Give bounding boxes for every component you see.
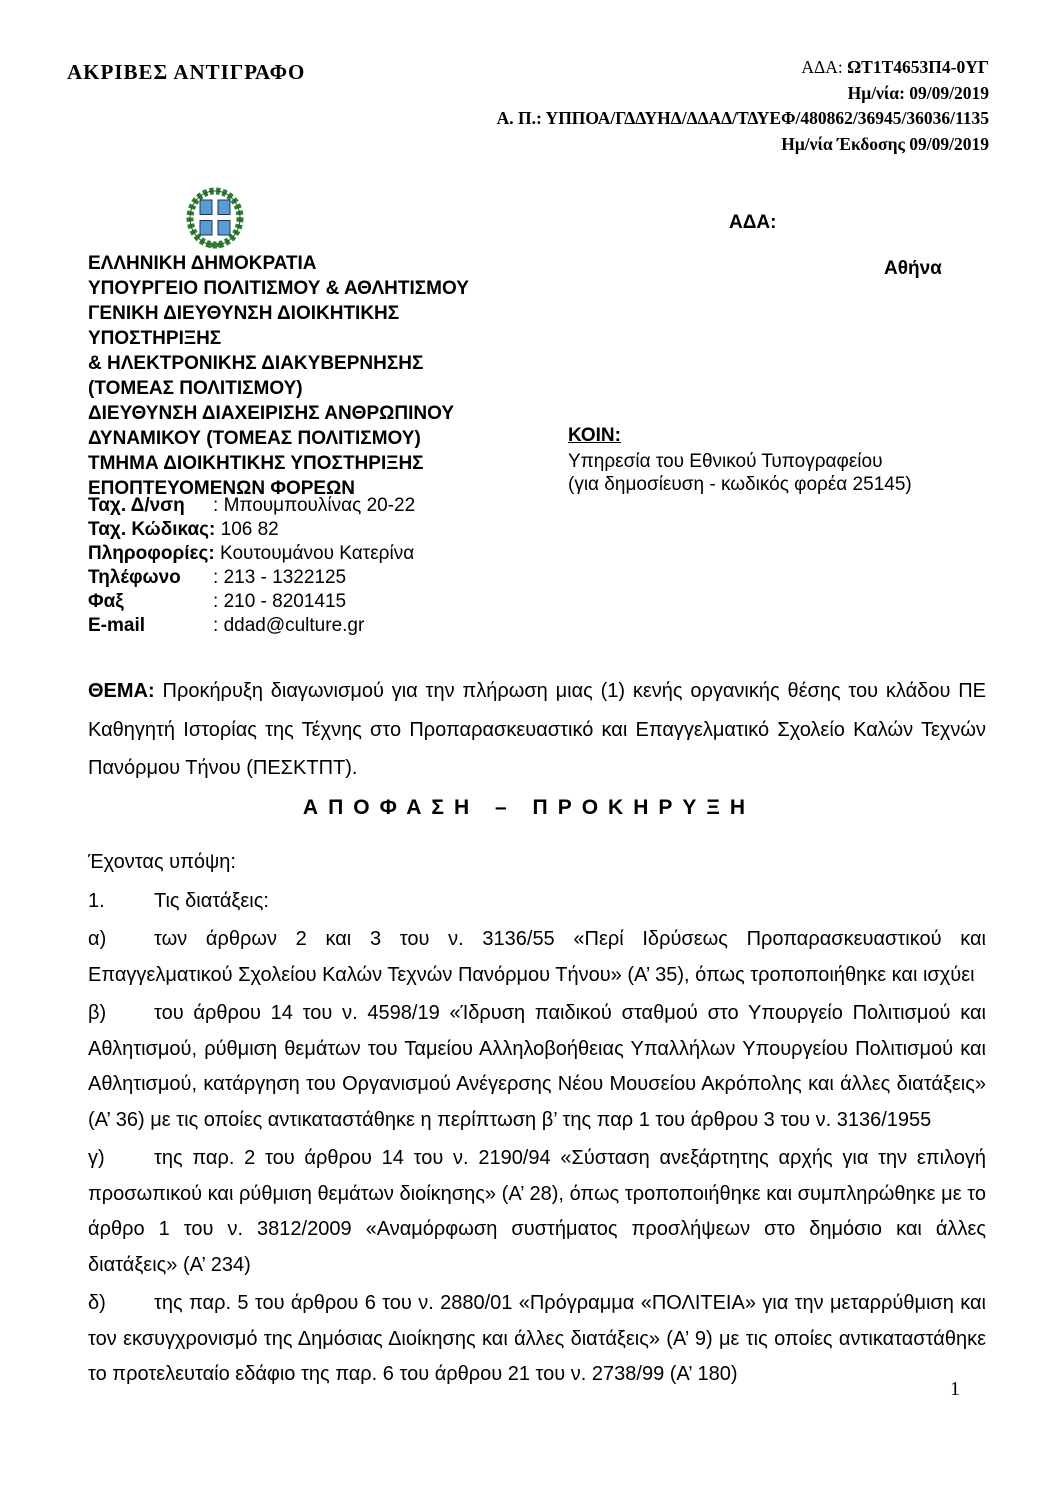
contact-separator: : <box>213 567 218 588</box>
item-label: 1. <box>88 884 154 920</box>
certified-copy-label: ΑΚΡΙΒΕΣ ΑΝΤΙΓΡΑΦΟ <box>67 60 305 85</box>
recipients-block: ΚΟΙΝ: Υπηρεσία του Εθνικού Τυπογραφείου … <box>568 424 912 497</box>
contact-value: Κουτουμάνου Κατερίνα <box>220 543 414 564</box>
city-label: Αθήνα <box>884 258 942 280</box>
ada-blank-label: ΑΔΑ: <box>729 212 776 234</box>
body-intro: Έχοντας υπόψη: <box>88 845 986 881</box>
recipient-line: (για δημοσίευση - κωδικός φορέα 25145) <box>568 473 912 497</box>
contact-separator: : <box>213 495 218 516</box>
contact-block: Ταχ. Δ/νση: Μπουμπουλίνας 20-22 Ταχ. Κώδ… <box>88 494 415 638</box>
contact-row-email: E-mail: ddad@culture.gr <box>88 614 415 638</box>
item-label: δ) <box>88 1286 154 1322</box>
letterhead-line: (ΤΟΜΕΑΣ ΠΟΛΙΤΙΣΜΟΥ) <box>88 376 548 401</box>
item-label: γ) <box>88 1141 154 1177</box>
document-page: ΑΚΡΙΒΕΣ ΑΝΤΙΓΡΑΦΟ ΑΔΑ: ΩΤ1Τ4653Π4-0ΥΓ Ημ… <box>0 0 1058 1497</box>
letterhead-line: ΔΥΝΑΜΙΚΟΥ (ΤΟΜΕΑΣ ΠΟΛΙΤΙΣΜΟΥ) <box>88 426 548 451</box>
contact-label: Πληροφορίες: <box>88 542 215 566</box>
contact-separator: : <box>213 615 218 636</box>
contact-row-address: Ταχ. Δ/νση: Μπουμπουλίνας 20-22 <box>88 494 415 518</box>
body-item-a: α)των άρθρων 2 και 3 του ν. 3136/55 «Περ… <box>88 922 986 993</box>
recipient-line: Υπηρεσία του Εθνικού Τυπογραφείου <box>568 450 912 474</box>
body-item-b: β)του άρθρου 14 του ν. 4598/19 «Ίδρυση π… <box>88 996 986 1138</box>
contact-label: Τηλέφωνο <box>88 566 213 590</box>
body-item-1: 1.Τις διατάξεις: <box>88 884 986 920</box>
contact-label: E-mail <box>88 614 213 638</box>
item-text: της παρ. 2 του άρθρου 14 του ν. 2190/94 … <box>88 1147 986 1276</box>
date-line: Ημ/νία: 09/09/2019 <box>497 81 989 107</box>
contact-row-information: Πληροφορίες: Κουτουμάνου Κατερίνα <box>88 542 415 566</box>
koin-heading: ΚΟΙΝ: <box>568 424 621 448</box>
contact-value: Μπουμπουλίνας 20-22 <box>224 495 416 516</box>
protocol-line: Α. Π.: ΥΠΠΟΑ/ΓΔΔΥΗΔ/ΔΔΑΔ/ΤΔΥΕΦ/480862/36… <box>497 106 989 132</box>
contact-value: 213 - 1322125 <box>224 567 347 588</box>
contact-label: Ταχ. Δ/νση <box>88 494 213 518</box>
letterhead-line: ΔΙΕΥΘΥΝΣΗ ΔΙΑΧΕΙΡΙΣΗΣ ΑΝΘΡΩΠΙΝΟΥ <box>88 401 548 426</box>
contact-row-phone: Τηλέφωνο: 213 - 1322125 <box>88 566 415 590</box>
letterhead-line: & ΗΛΕΚΤΡΟΝΙΚΗΣ ΔΙΑΚΥΒΕΡΝΗΣΗΣ <box>88 351 548 376</box>
subject-text: Προκήρυξη διαγωνισμού για την πλήρωση μι… <box>88 680 986 779</box>
body-item-c: γ)της παρ. 2 του άρθρου 14 του ν. 2190/9… <box>88 1141 986 1283</box>
contact-value: 106 82 <box>221 519 279 540</box>
decision-title: ΑΠΟΦΑΣΗ – ΠΡΟΚΗΡΥΞΗ <box>0 796 1058 820</box>
ada-line: ΑΔΑ: ΩΤ1Τ4653Π4-0ΥΓ <box>497 55 989 81</box>
contact-value: ddad@culture.gr <box>224 615 365 636</box>
contact-label: Φαξ <box>88 590 213 614</box>
letterhead-line: ΤΜΗΜΑ ΔΙΟΙΚΗΤΙΚΗΣ ΥΠΟΣΤΗΡΙΞΗΣ <box>88 451 548 476</box>
page-number: 1 <box>950 1378 960 1401</box>
contact-label: Ταχ. Κώδικας: <box>88 518 215 542</box>
greek-coat-of-arms-icon <box>183 186 247 252</box>
contact-row-fax: Φαξ: 210 - 8201415 <box>88 590 415 614</box>
issue-date-line: Ημ/νία Έκδοσης 09/09/2019 <box>497 132 989 158</box>
body-item-d: δ)της παρ. 5 του άρθρου 6 του ν. 2880/01… <box>88 1286 986 1393</box>
letterhead-line: ΥΠΟΥΡΓΕΙΟ ΠΟΛΙΤΙΣΜΟΥ & ΑΘΛΗΤΙΣΜΟΥ <box>88 276 548 301</box>
document-body: Έχοντας υπόψη: 1.Τις διατάξεις: α)των άρ… <box>88 845 986 1396</box>
letterhead-line: ΕΛΛΗΝΙΚΗ ΔΗΜΟΚΡΑΤΙΑ <box>88 251 548 276</box>
contact-value: 210 - 8201415 <box>224 591 347 612</box>
contact-separator: : <box>213 591 218 612</box>
item-label: β) <box>88 996 154 1032</box>
item-text: των άρθρων 2 και 3 του ν. 3136/55 «Περί … <box>88 928 986 986</box>
letterhead-line: ΓΕΝΙΚΗ ΔΙΕΥΘΥΝΣΗ ΔΙΟΙΚΗΤΙΚΗΣ <box>88 301 548 326</box>
contact-row-postal-code: Ταχ. Κώδικας: 106 82 <box>88 518 415 542</box>
item-text: της παρ. 5 του άρθρου 6 του ν. 2880/01 «… <box>88 1292 986 1385</box>
registry-metadata-block: ΑΔΑ: ΩΤ1Τ4653Π4-0ΥΓ Ημ/νία: 09/09/2019 Α… <box>497 55 989 157</box>
item-text: Τις διατάξεις: <box>154 890 269 912</box>
ada-prefix: ΑΔΑ: <box>801 57 847 77</box>
letterhead-line: ΥΠΟΣΤΗΡΙΞΗΣ <box>88 326 548 351</box>
ada-value: ΩΤ1Τ4653Π4-0ΥΓ <box>847 57 989 77</box>
item-label: α) <box>88 922 154 958</box>
item-text: του άρθρου 14 του ν. 4598/19 «Ίδρυση παι… <box>88 1002 986 1131</box>
ministry-letterhead: ΕΛΛΗΝΙΚΗ ΔΗΜΟΚΡΑΤΙΑ ΥΠΟΥΡΓΕΙΟ ΠΟΛΙΤΙΣΜΟΥ… <box>88 251 548 501</box>
subject-paragraph: ΘΕΜΑ: Προκήρυξη διαγωνισμού για την πλήρ… <box>88 672 986 788</box>
subject-label: ΘΕΜΑ: <box>88 680 155 702</box>
